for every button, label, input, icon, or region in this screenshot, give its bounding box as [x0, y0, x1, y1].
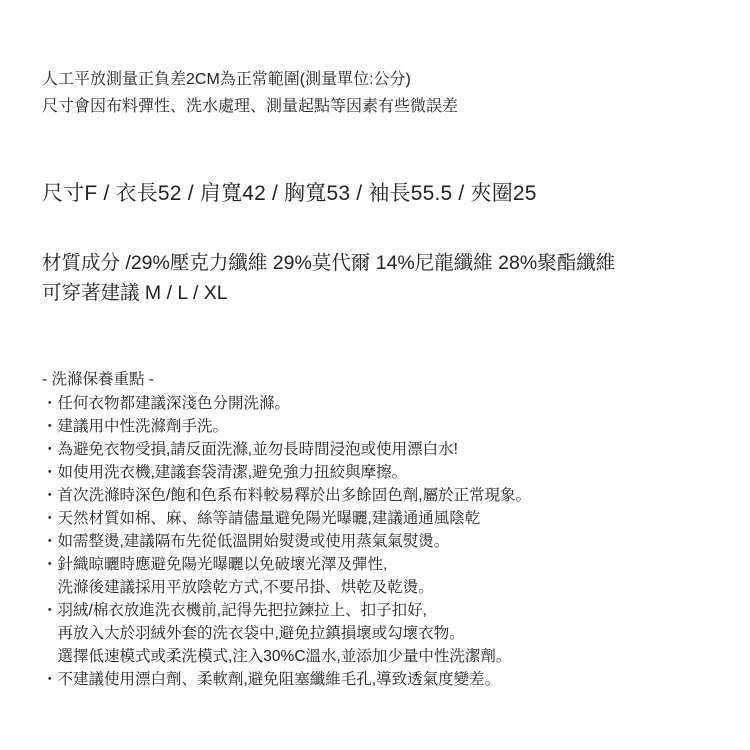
care-item: ・不建議使用漂白劑、柔軟劑,避免阻塞纖維毛孔,導致透氣度變差。: [42, 668, 712, 691]
size-measurements-line: 尺寸F / 衣長52 / 肩寬42 / 胸寬53 / 袖長55.5 / 夾圈25: [42, 180, 712, 208]
care-item-continuation: 洗滌後建議採用平放陰乾方式,不要吊掛、烘乾及乾燙。: [42, 576, 712, 599]
material-composition: 材質成分 /29%壓克力纖維 29%莫代爾 14%尼龍纖維 28%聚酯纖維: [42, 248, 712, 278]
care-item-continuation: 選擇低速模式或柔洗模式,注入30%C溫水,並添加少量中性洗潔劑。: [42, 645, 712, 668]
care-item: ・羽絨/棉衣放進洗衣機前,記得先把拉鍊拉上、扣子扣好,: [42, 599, 712, 622]
care-item: ・建議用中性洗滌劑手洗。: [42, 415, 712, 438]
care-item: ・首次洗滌時深色/飽和色系布料較易釋於出多餘固色劑,屬於正常現象。: [42, 484, 712, 507]
care-item: ・天然材質如棉、麻、絲等請儘量避免陽光曝曬,建議通通風陰乾: [42, 507, 712, 530]
care-item-continuation: 再放入大於羽絨外套的洗衣袋中,避免拉鎮損壞或勾壞衣物。: [42, 622, 712, 645]
care-item: ・為避免衣物受損,請反面洗滌,並勿長時間浸泡或使用漂白水!: [42, 438, 712, 461]
care-instructions-section: - 洗滌保養重點 - ・任何衣物都建議深淺色分開洗滌。 ・建議用中性洗滌劑手洗。…: [42, 368, 712, 691]
care-item: ・如使用洗衣機,建議套袋清潔,避免強力扭絞與摩擦。: [42, 461, 712, 484]
product-info-page: 人工平放測量正負差2CM為正常範圍(測量單位:公分) 尺寸會因布料彈性、洗水處理…: [0, 0, 750, 750]
care-section-heading: - 洗滌保養重點 -: [42, 368, 712, 391]
material-section: 材質成分 /29%壓克力纖維 29%莫代爾 14%尼龍纖維 28%聚酯纖維 可穿…: [42, 248, 712, 308]
care-item: ・針織晾曬時應避免陽光曝曬以免破壞光澤及彈性,: [42, 553, 712, 576]
measurement-notes: 人工平放測量正負差2CM為正常範圍(測量單位:公分) 尺寸會因布料彈性、洗水處理…: [42, 66, 712, 120]
measurement-tolerance-note: 人工平放測量正負差2CM為正常範圍(測量單位:公分): [42, 66, 712, 93]
measurement-variance-note: 尺寸會因布料彈性、洗水處理、測量起點等因素有些微誤差: [42, 93, 712, 120]
care-item: ・任何衣物都建議深淺色分開洗滌。: [42, 392, 712, 415]
wearing-suggestion: 可穿著建議 M / L / XL: [42, 278, 712, 308]
care-item: ・如需整燙,建議隔布先從低溫開始熨燙或使用蒸氣氣熨燙。: [42, 530, 712, 553]
